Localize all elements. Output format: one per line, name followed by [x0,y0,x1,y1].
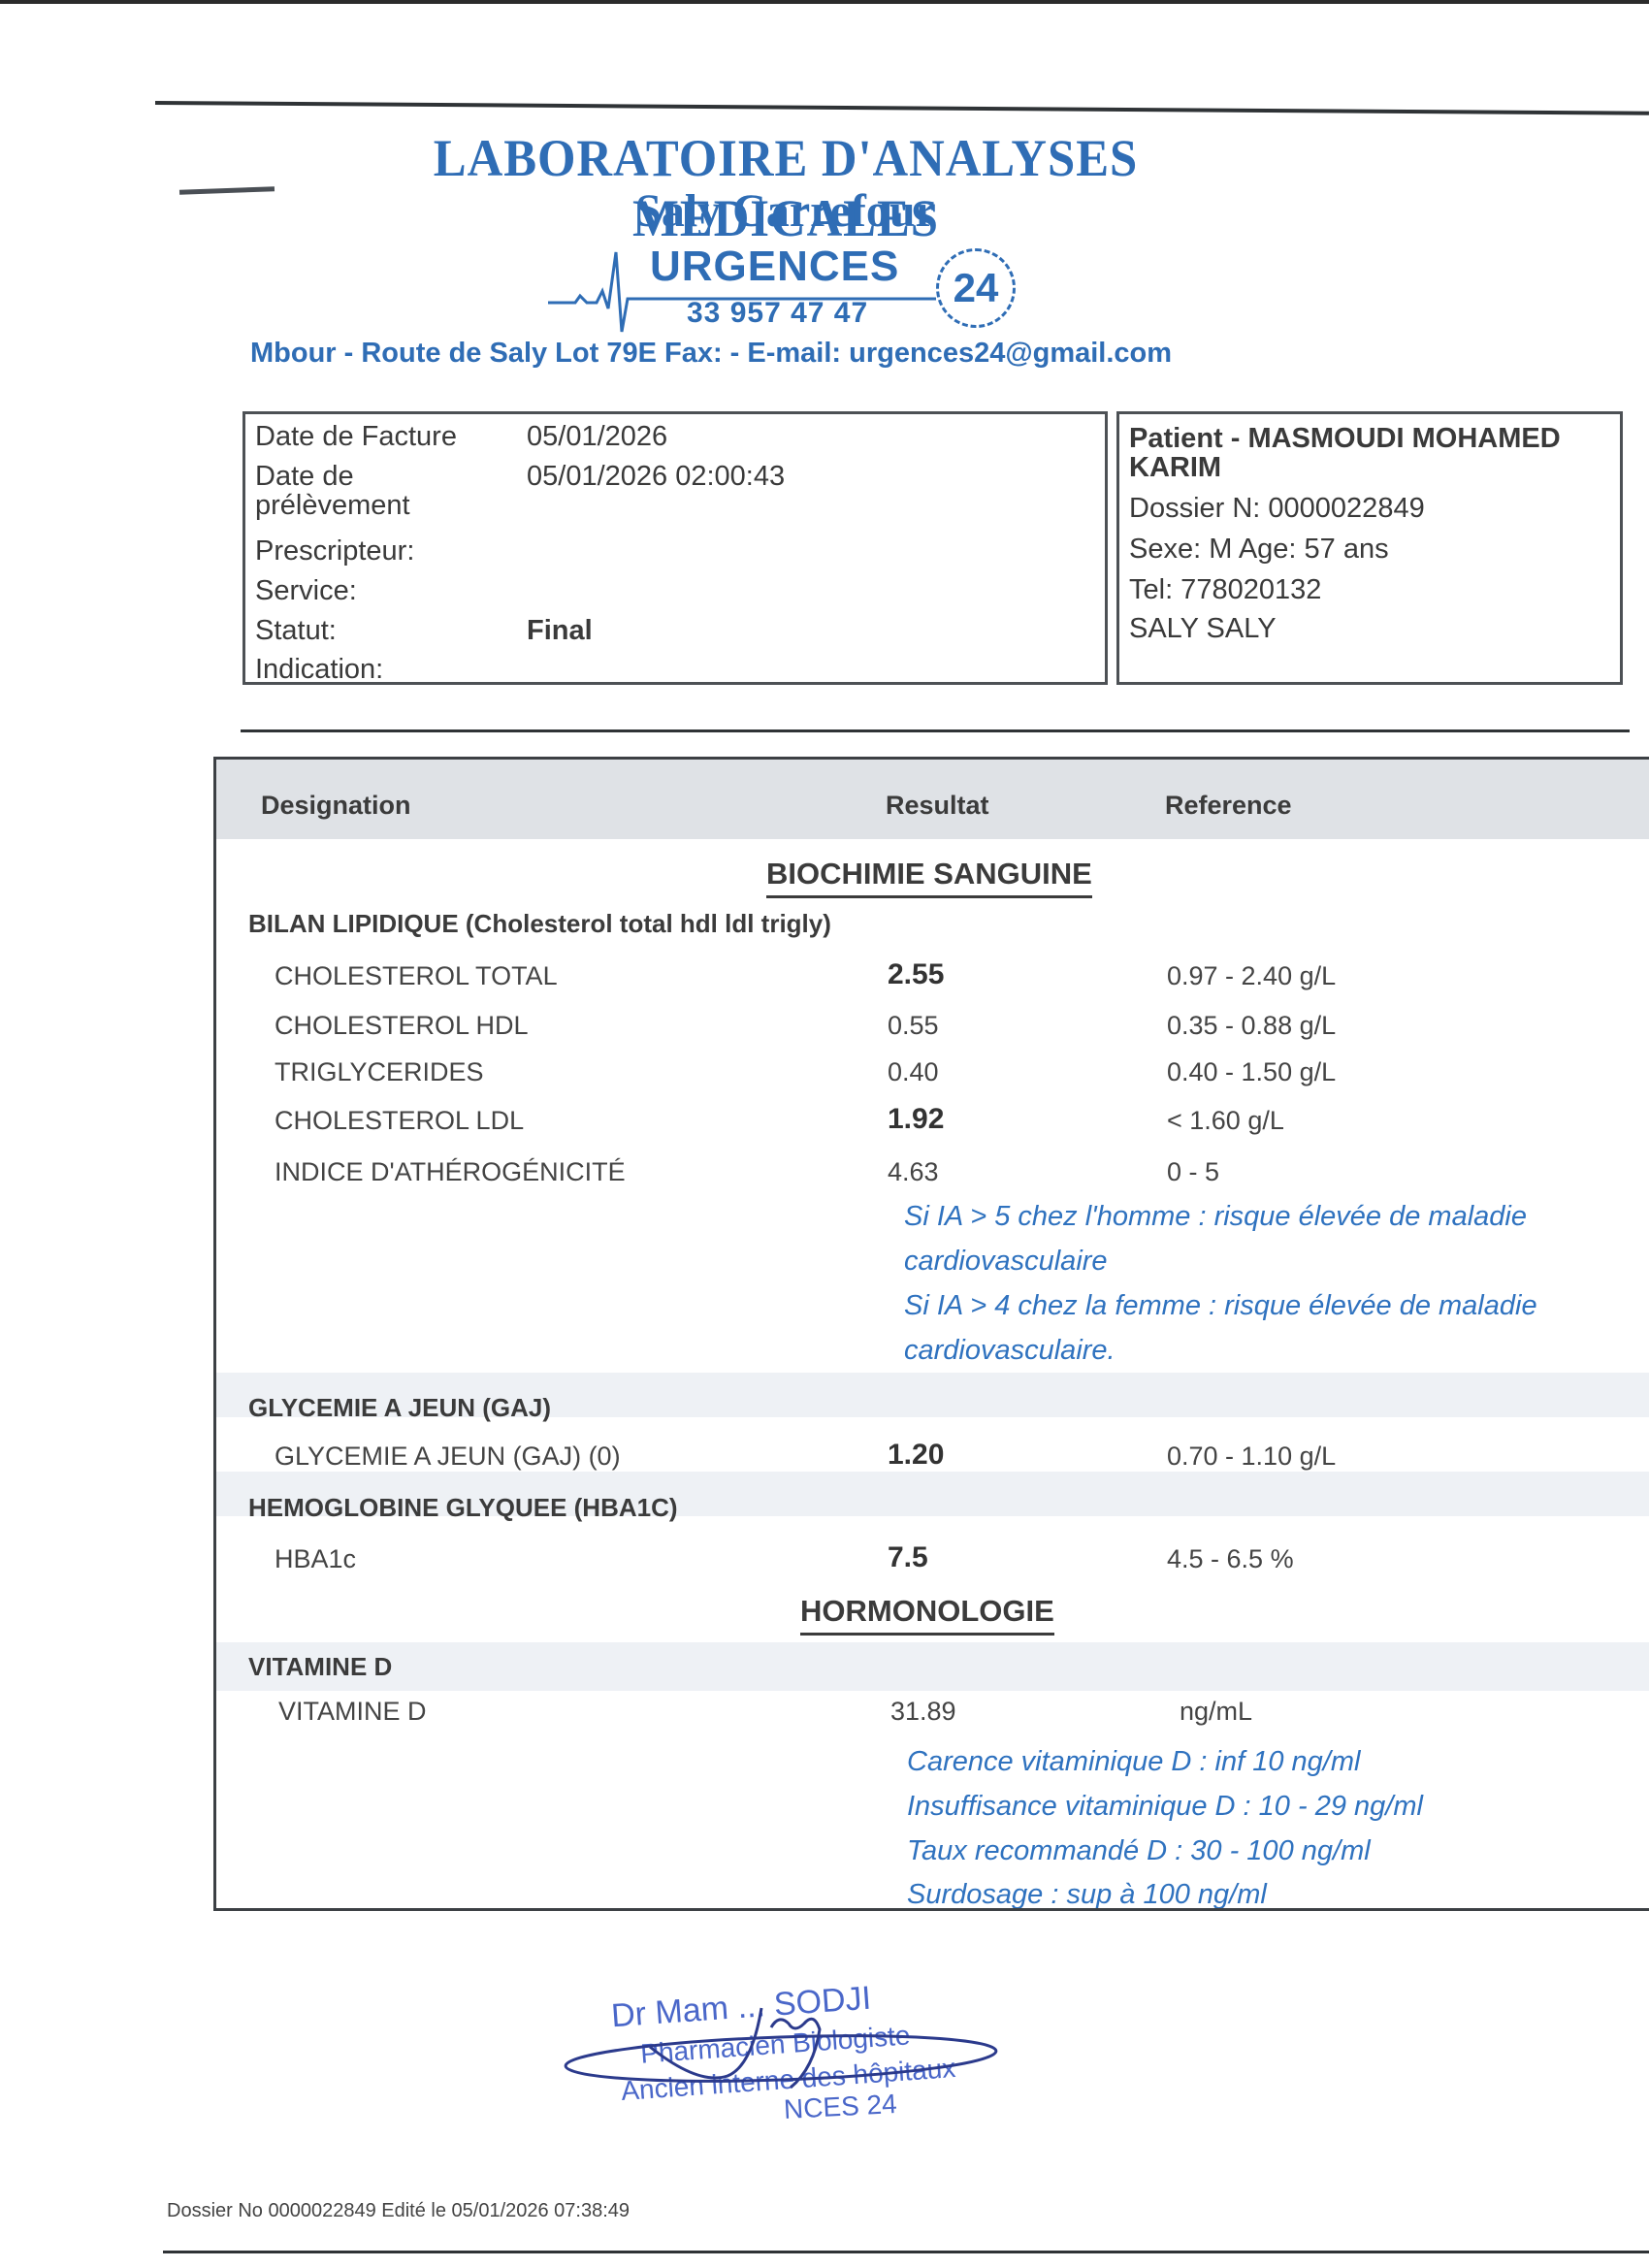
urgences-logo: URGENCES 33 957 47 47 24 [548,243,1033,340]
patient-sex-age: Sexe: M Age: 57 ans [1129,535,1389,564]
test-result: 1.20 [888,1439,944,1472]
section-hormonologie: HORMONOLOGIE [800,1594,1054,1636]
group-bilan-lipidique: BILAN LIPIDIQUE (Cholesterol total hdl l… [248,909,831,939]
col-reference: Reference [1165,791,1292,821]
patient-name: Patient - MASMOUDI MOHAMED [1129,424,1561,453]
test-result: 2.55 [888,958,944,991]
group-band [216,1642,1649,1691]
test-reference: 0.35 - 0.88 g/L [1167,1011,1336,1041]
top-rule [155,101,1649,115]
test-result: 7.5 [888,1541,928,1574]
logo-phone: 33 957 47 47 [687,297,868,330]
test-result: 0.55 [888,1011,939,1041]
lab-subtitle: Saly Carrefour [485,184,1086,238]
label-service: Service: [255,576,507,605]
patient-dossier: Dossier N: 0000022849 [1129,494,1425,523]
test-reference: ng/mL [1180,1697,1252,1727]
test-reference: 4.5 - 6.5 % [1167,1544,1294,1574]
test-name: VITAMINE D [278,1697,427,1727]
test-name: CHOLESTEROL HDL [275,1011,529,1041]
value-invoice-date: 05/01/2026 [527,422,667,451]
test-result: 4.63 [888,1157,939,1187]
results-table: Designation Resultat Reference BIOCHIMIE… [213,757,1649,1911]
test-name: GLYCEMIE A JEUN (GAJ) (0) [275,1442,621,1472]
patient-name-cont: KARIM [1129,453,1221,482]
col-designation: Designation [261,791,411,821]
test-reference: < 1.60 g/L [1167,1106,1284,1136]
lab-address: Mbour - Route de Saly Lot 79E Fax: - E-m… [250,338,1172,370]
section-biochimie: BIOCHIMIE SANGUINE [766,857,1092,898]
test-name: INDICE D'ATHÉROGÉNICITÉ [275,1157,626,1187]
pen-mark [179,186,275,194]
test-result: 31.89 [890,1697,956,1727]
footer-dossier-edited: Dossier No 0000022849 Edité le 05/01/202… [167,2200,630,2222]
separator-rule [241,729,1630,732]
invoice-info-box: Date de Facture 05/01/2026 Date de prélè… [242,411,1108,685]
atherogenic-note: Si IA > 4 chez la femme : risque élevée … [904,1283,1537,1328]
status-badge: Final [527,616,593,645]
table-header: Designation Resultat Reference [216,760,1649,839]
group-hba1c: HEMOGLOBINE GLYQUEE (HBA1C) [248,1493,678,1523]
vitamin-d-note: Insuffisance vitaminique D : 10 - 29 ng/… [907,1784,1423,1829]
label-status: Statut: [255,616,507,645]
test-result: 0.40 [888,1057,939,1087]
value-sampling-date: 05/01/2026 02:00:43 [527,462,785,491]
atherogenic-note: cardiovasculaire. [904,1328,1115,1373]
test-reference: 0 - 5 [1167,1157,1219,1187]
atherogenic-note: Si IA > 5 chez l'homme : risque élevée d… [904,1194,1527,1239]
label-invoice-date: Date de Facture [255,422,507,451]
vitamin-d-note: Surdosage : sup à 100 ng/ml [907,1872,1267,1911]
logo-badge-24: 24 [936,248,1016,328]
atherogenic-note: cardiovasculaire [904,1239,1108,1283]
patient-info-box: Patient - MASMOUDI MOHAMED KARIM Dossier… [1116,411,1623,685]
vitamin-d-note: Taux recommandé D : 30 - 100 ng/ml [907,1829,1371,1873]
label-prescriber: Prescripteur: [255,536,507,566]
col-resultat: Resultat [886,791,989,821]
test-name: CHOLESTEROL TOTAL [275,961,558,991]
test-name: TRIGLYCERIDES [275,1057,484,1087]
logo-name: URGENCES [650,243,899,291]
test-reference: 0.97 - 2.40 g/L [1167,961,1336,991]
label-indication: Indication: [255,655,507,684]
test-reference: 0.70 - 1.10 g/L [1167,1442,1336,1472]
doctor-stamp: Dr Mam ... SODJI Pharmacien Biologiste A… [553,1950,1057,2124]
test-name: CHOLESTEROL LDL [275,1106,524,1136]
label-sampling-date: Date de prélèvement [255,462,430,520]
test-name: HBA1c [275,1544,356,1574]
test-result: 1.92 [888,1103,944,1136]
scan-edge [0,0,1649,4]
test-reference: 0.40 - 1.50 g/L [1167,1057,1336,1087]
vitamin-d-note: Carence vitaminique D : inf 10 ng/ml [907,1739,1360,1784]
signature-icon [553,1950,1057,2124]
group-vitamine-d: VITAMINE D [248,1652,392,1682]
group-glycemie: GLYCEMIE A JEUN (GAJ) [248,1393,551,1423]
patient-city: SALY SALY [1129,614,1277,643]
patient-tel: Tel: 778020132 [1129,575,1321,604]
footer-rule [163,2251,1649,2253]
